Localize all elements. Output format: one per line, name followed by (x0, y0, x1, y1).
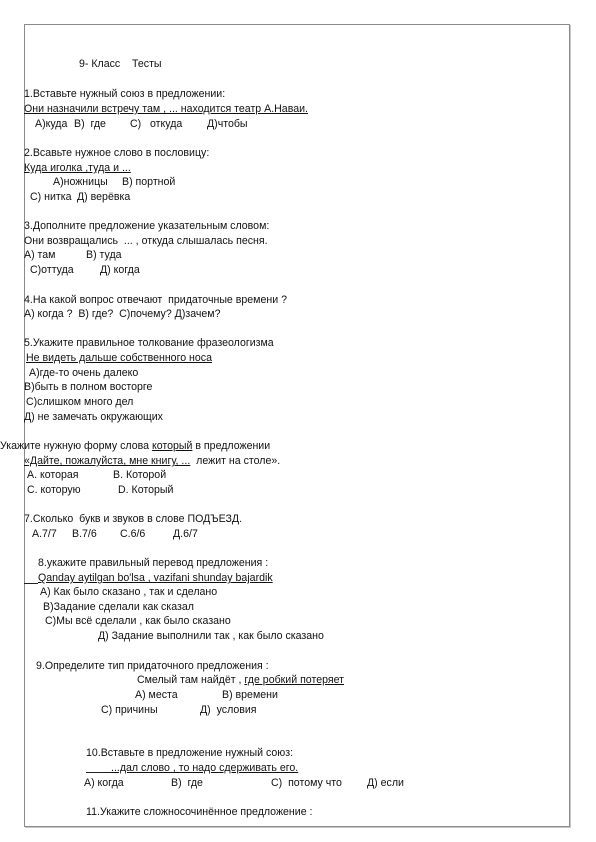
question-10-option-b: В) где (171, 776, 203, 790)
question-6-sentence: «Дайте, пожалуйста, мне книгу, ... лежит… (24, 454, 280, 468)
question-3-option-c: С)оттуда (30, 263, 74, 277)
question-5-option-a: А)где-то очень далеко (29, 366, 138, 380)
question-10-option-c: С) потому что (271, 776, 342, 790)
question-9-option-a: А) места (135, 688, 178, 702)
question-2-option-a: А)ножницы (53, 175, 108, 189)
question-3-option-b: В) туда (86, 248, 122, 262)
question-2-prompt: 2.Всавьте нужное слово в пословицу: (24, 146, 209, 160)
question-10-answer-line (86, 772, 111, 773)
question-9-option-d: Д) условия (200, 703, 257, 717)
page-title: Тесты (132, 57, 162, 71)
question-10-option-a: А) когда (84, 776, 124, 790)
question-7-prompt: 7.Сколько букв и звуков в слове ПОДЪЕЗД. (24, 512, 242, 526)
question-2-option-c: С) нитка (30, 190, 72, 204)
question-9-prompt: 9.Определите тип придаточного предложени… (36, 659, 269, 673)
question-5-option-d: Д) не замечать окружающих (24, 410, 163, 424)
question-1-option-a: А)куда (35, 117, 67, 131)
question-8-answer-line (24, 583, 38, 584)
question-6-option-a: А. которая (27, 468, 79, 482)
question-6-option-b: В. Которой (113, 468, 166, 482)
grade-label: 9- Класс (79, 57, 120, 71)
question-3-prompt: 3.Дополните предложение указательным сло… (24, 219, 269, 233)
question-3-option-a: А) там (24, 248, 55, 262)
question-1-option-c: С) откуда (130, 117, 182, 131)
question-7-option-b: В.7/6 (72, 527, 97, 541)
question-2-option-d: Д) верёвка (77, 190, 130, 204)
question-10-sentence: ...дал слово , то надо сдерживать его. (111, 761, 298, 775)
question-6-keyword: который (152, 440, 192, 452)
question-8-option-d: Д) Задание выполнили так , как было сказ… (98, 629, 324, 643)
question-3-option-d: Д) когда (100, 263, 140, 277)
question-6-option-c: С. которую (27, 483, 81, 497)
question-5-sentence: Не видеть дальше собственного носа (26, 351, 212, 365)
question-3-sentence: Они возвращались ... , откуда слышалась … (24, 234, 268, 248)
question-8-option-a: А) Как было сказано , так и сделано (40, 585, 217, 599)
question-6-prompt: Укажите нужную форму слова который в пре… (0, 439, 270, 453)
question-10-option-d: Д) если (367, 776, 404, 790)
question-7-option-a: А.7/7 (32, 527, 57, 541)
question-1-option-d: Д)чтобы (207, 117, 248, 131)
question-8-option-b: В)Задание сделали как сказал (43, 600, 194, 614)
question-6-option-d: D. Который (118, 483, 173, 497)
question-7-option-c: С.6/6 (120, 527, 145, 541)
question-8-option-c: С)Мы всё сделали , как было сказано (45, 614, 231, 628)
question-1-prompt: 1.Вставьте нужный союз в предложении: (24, 87, 225, 101)
question-8-prompt: 8.укажите правильный перевод предложения… (38, 556, 268, 570)
question-4-options: А) когда ? В) где? С)почему? Д)зачем? (24, 307, 220, 321)
question-1-option-b: В) где (74, 117, 106, 131)
question-9-sentence: Смелый там найдёт , где робкий потеряет (137, 673, 344, 687)
question-2-option-b: В) портной (122, 175, 175, 189)
question-9-option-b: В) времени (222, 688, 278, 702)
question-5-option-b: В)быть в полном восторге (24, 380, 152, 394)
question-7-option-d: Д.6/7 (173, 527, 198, 541)
question-2-sentence: Куда иголка ,туда и ... (24, 161, 131, 175)
question-5-prompt: 5.Укажите правильное толкование фразеоло… (24, 336, 274, 350)
question-11-prompt: 11.Укажите сложносочинённое предложение … (86, 805, 312, 819)
question-9-option-c: С) причины (101, 703, 158, 717)
question-4-prompt: 4.На какой вопрос отвечают придаточные в… (24, 293, 287, 307)
question-8-sentence: Qanday aytilgan bo'lsa , vazifani shunda… (38, 571, 273, 585)
question-10-prompt: 10.Вставьте в предложение нужный союз: (86, 746, 293, 760)
question-5-option-c: С)слишком много дел (26, 395, 133, 409)
question-1-sentence: Они назначили встречу там , ... находитс… (24, 102, 308, 116)
